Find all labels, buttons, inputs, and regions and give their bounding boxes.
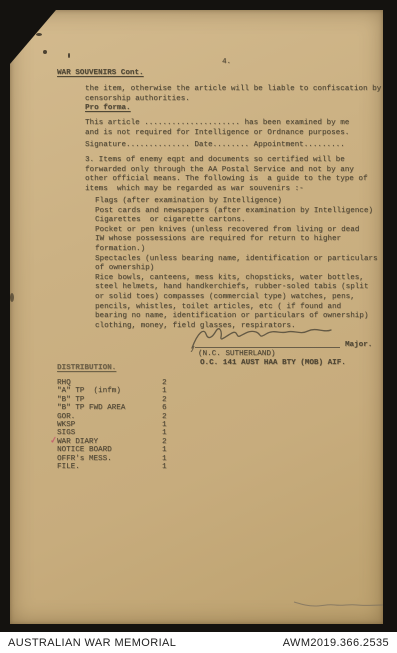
catalog-number: AWM2019.366.2535 bbox=[283, 637, 389, 649]
distribution-copies: 1 bbox=[162, 387, 182, 395]
distribution-heading: DISTRIBUTION. bbox=[57, 364, 116, 374]
list-item: formation.) bbox=[95, 245, 378, 255]
text-line: items which may be regarded as war souve… bbox=[85, 185, 368, 195]
paragraph-items: 3. Items of enemy eqpt and documents so … bbox=[85, 156, 368, 194]
distribution-label: "A" TP (infm) bbox=[57, 387, 162, 395]
distribution-row: NOTICE BOARD 1 bbox=[57, 446, 182, 454]
distribution-copies: 1 bbox=[162, 446, 182, 454]
distribution-row: FILE. 1 bbox=[57, 463, 182, 471]
text-line: censorship authorities. bbox=[85, 95, 381, 105]
list-item: Flags (after examination by Intelligence… bbox=[95, 197, 378, 207]
text-line: the item, otherwise the article will be … bbox=[85, 85, 381, 95]
list-item: Spectacles (unless bearing name, identif… bbox=[95, 255, 378, 265]
distribution-label: "B" TP bbox=[57, 396, 162, 404]
distribution-row: SIGS 1 bbox=[57, 429, 182, 437]
red-check-icon: ✓ bbox=[49, 436, 58, 446]
text-line: This article ..................... has b… bbox=[85, 119, 349, 129]
paper-speck bbox=[36, 33, 42, 36]
distribution-row: "B" TP 2 bbox=[57, 396, 182, 404]
distribution-label: OFFR's MESS. bbox=[57, 455, 162, 463]
paper-speck bbox=[10, 293, 14, 302]
distribution-label: WAR DIARY bbox=[57, 438, 162, 446]
distribution-label: "B" TP FWD AREA bbox=[57, 404, 162, 412]
list-item: or solid toes) compasses (commercial typ… bbox=[95, 293, 378, 303]
souvenir-list: Flags (after examination by Intelligence… bbox=[95, 197, 378, 331]
distribution-copies: 2 bbox=[162, 413, 182, 421]
paragraph-proforma-body: This article ..................... has b… bbox=[85, 119, 349, 138]
list-item: Post cards and newspapers (after examina… bbox=[95, 207, 378, 217]
pro-forma-label: Pro forma. bbox=[85, 104, 131, 114]
page-title: WAR SOUVENIRS Cont. bbox=[57, 69, 144, 79]
paragraph-confiscation: the item, otherwise the article will be … bbox=[85, 85, 381, 104]
distribution-table: RHQ 2 "A" TP (infm) 1 "B" TP 2 "B" TP FW… bbox=[57, 379, 182, 471]
footer-caption-bar: AUSTRALIAN WAR MEMORIAL AWM2019.366.2535 bbox=[0, 632, 397, 653]
list-item: steel helmets, hand handkerchiefs, rubbe… bbox=[95, 283, 378, 293]
distribution-label: GOR. bbox=[57, 413, 162, 421]
signatory-title: O.C. 141 AUST HAA BTY (MOB) AIF. bbox=[200, 359, 346, 369]
distribution-row: GOR. 2 bbox=[57, 413, 182, 421]
scan-background: 4. WAR SOUVENIRS Cont. the item, otherwi… bbox=[0, 0, 397, 653]
list-item: bearing no name, identification or parti… bbox=[95, 312, 378, 322]
distribution-copies: 6 bbox=[162, 404, 182, 412]
list-item: pencils, whistles, toilet articles, etc … bbox=[95, 303, 378, 313]
list-item: Cigarettes or cigarette cartons. bbox=[95, 216, 378, 226]
distribution-copies: 1 bbox=[162, 429, 182, 437]
distribution-label: FILE. bbox=[57, 463, 162, 471]
distribution-row: OFFR's MESS. 1 bbox=[57, 455, 182, 463]
distribution-copies: 2 bbox=[162, 396, 182, 404]
distribution-copies: 2 bbox=[162, 438, 182, 446]
signatory-rank: Major. bbox=[345, 341, 372, 351]
distribution-row: "A" TP (infm) 1 bbox=[57, 387, 182, 395]
list-item: Pocket or pen knives (unless recovered f… bbox=[95, 226, 378, 236]
paper-speck bbox=[43, 50, 47, 54]
distribution-row-war-diary: WAR DIARY 2 bbox=[57, 438, 182, 446]
distribution-copies: 1 bbox=[162, 463, 182, 471]
text-line: and is not required for Intelligence or … bbox=[85, 129, 349, 139]
text-line: forwarded only through the AA Postal Ser… bbox=[85, 166, 368, 176]
text-line: other official means. The following is a… bbox=[85, 175, 368, 185]
signature-rule bbox=[195, 347, 340, 348]
institution-name: AUSTRALIAN WAR MEMORIAL bbox=[8, 637, 176, 649]
paper-speck bbox=[68, 53, 70, 58]
distribution-copies: 1 bbox=[162, 455, 182, 463]
list-item: IW whose possessions are required for re… bbox=[95, 235, 378, 245]
distribution-label: NOTICE BOARD bbox=[57, 446, 162, 454]
signature-date-appointment-line: Signature.............. Date........ App… bbox=[85, 141, 345, 151]
list-item: of ownership) bbox=[95, 264, 378, 274]
page-number: 4. bbox=[222, 58, 231, 68]
distribution-label: SIGS bbox=[57, 429, 162, 437]
distribution-row: "B" TP FWD AREA 6 bbox=[57, 404, 182, 412]
list-item: Rice bowls, canteens, mess kits, chopsti… bbox=[95, 274, 378, 284]
document-page: 4. WAR SOUVENIRS Cont. the item, otherwi… bbox=[10, 10, 383, 624]
text-line: 3. Items of enemy eqpt and documents so … bbox=[85, 156, 368, 166]
pencil-mark bbox=[293, 598, 385, 610]
